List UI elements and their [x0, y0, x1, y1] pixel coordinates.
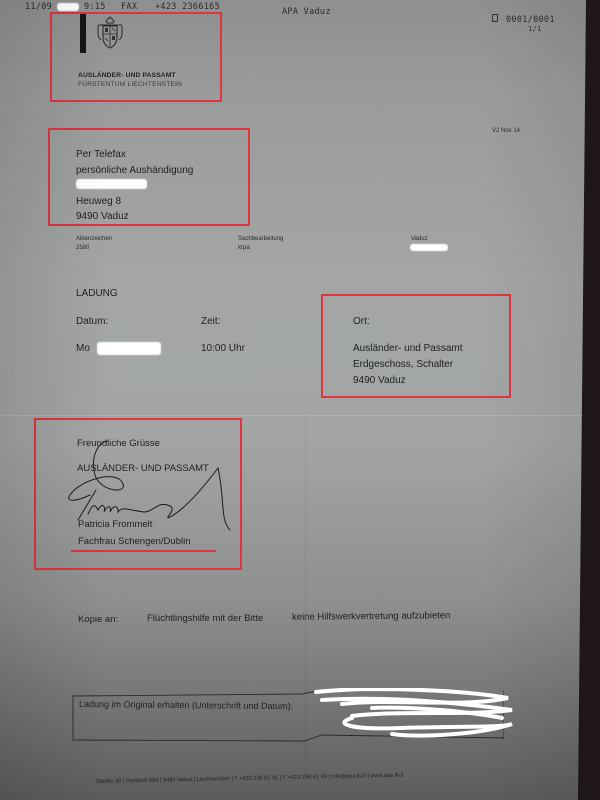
annotation-underline	[71, 550, 216, 552]
receipt-text: Ladung im Original erhalten (Unterschrif…	[79, 699, 293, 711]
signer-name: Patricia Frommelt	[78, 519, 152, 530]
closing-org: AUSLÄNDER- UND PASSAMT	[77, 463, 209, 474]
handler-value: krpa	[238, 245, 250, 251]
paper-fold	[0, 415, 586, 416]
time-value: 10:00 Uhr	[201, 343, 245, 354]
coat-of-arms-icon	[95, 15, 125, 51]
annotation-box-address	[48, 128, 250, 226]
copy-text-1: Flüchtlingshilfe mit der Bitte	[147, 613, 263, 624]
place-label: Vaduz	[411, 236, 428, 242]
address-line: persönliche Aushändigung	[76, 163, 193, 179]
file-label: Aktenzeichen	[76, 236, 112, 242]
date-prefix: Mo	[76, 343, 90, 354]
redaction	[410, 244, 448, 251]
fax-date: 11/09	[25, 2, 52, 12]
fax-pages: 0001/0001	[506, 15, 555, 25]
location-label: Ort:	[353, 316, 370, 327]
address-line: Per Telefax	[76, 147, 193, 163]
location-line: Ausländer- und Passamt	[353, 341, 463, 357]
summons-title: LADUNG	[76, 288, 118, 299]
fax-time: 9:15	[84, 2, 106, 12]
copy-text-2: keine Hilfswerkvertretung aufzubieten	[292, 610, 451, 623]
address-line: 9490 Vaduz	[76, 209, 193, 225]
location-block: Ausländer- und Passamt Erdgeschoss, Scha…	[353, 341, 463, 389]
address-block: Per Telefax persönliche Aushändigung Heu…	[76, 147, 193, 225]
receipt-box	[72, 690, 504, 742]
annotation-box-signature	[34, 418, 242, 570]
redaction	[57, 3, 79, 11]
redaction	[76, 179, 147, 189]
date-label: Datum:	[76, 316, 108, 327]
annotation-box-location	[321, 294, 511, 398]
fax-subpages: 1/1	[528, 25, 542, 33]
paper-fold	[305, 415, 306, 800]
footer-address: Städtle 38 | Postfach 684 | 9490 Vaduz |…	[96, 773, 404, 785]
org-name: AUSLÄNDER- UND PASSAMT	[78, 72, 176, 79]
fax-label: FAX	[121, 2, 137, 12]
address-line-redacted	[76, 178, 193, 194]
org-subtitle: FÜRSTENTUM LIECHTENSTEIN	[78, 81, 182, 88]
address-line: Heuweg 8	[76, 194, 193, 210]
greeting: Freundliche Grüsse	[77, 438, 160, 449]
document-paper: 11/09 9:15 FAX +423 2366165 APA Vaduz 00…	[0, 0, 600, 800]
handler-label: Sachbearbeitung	[238, 236, 283, 242]
copy-label: Kopie an:	[78, 614, 118, 625]
version-label: V2 Nov 14	[492, 128, 520, 134]
time-label: Zeit:	[201, 316, 220, 327]
file-value: 2580	[76, 245, 89, 251]
signature-image	[60, 440, 250, 540]
redaction	[97, 342, 161, 355]
redaction-scribble	[312, 688, 518, 740]
signer-title: Fachfrau Schengen/Dublin	[78, 536, 191, 547]
location-line: 9490 Vaduz	[353, 373, 463, 389]
logo-bar	[80, 13, 86, 53]
annotation-box-letterhead	[50, 12, 222, 102]
location-line: Erdgeschoss, Schalter	[353, 357, 463, 373]
fax-sender: APA Vaduz	[282, 7, 331, 17]
fax-number: +423 2366165	[155, 2, 220, 12]
fax-page-icon	[492, 14, 498, 22]
